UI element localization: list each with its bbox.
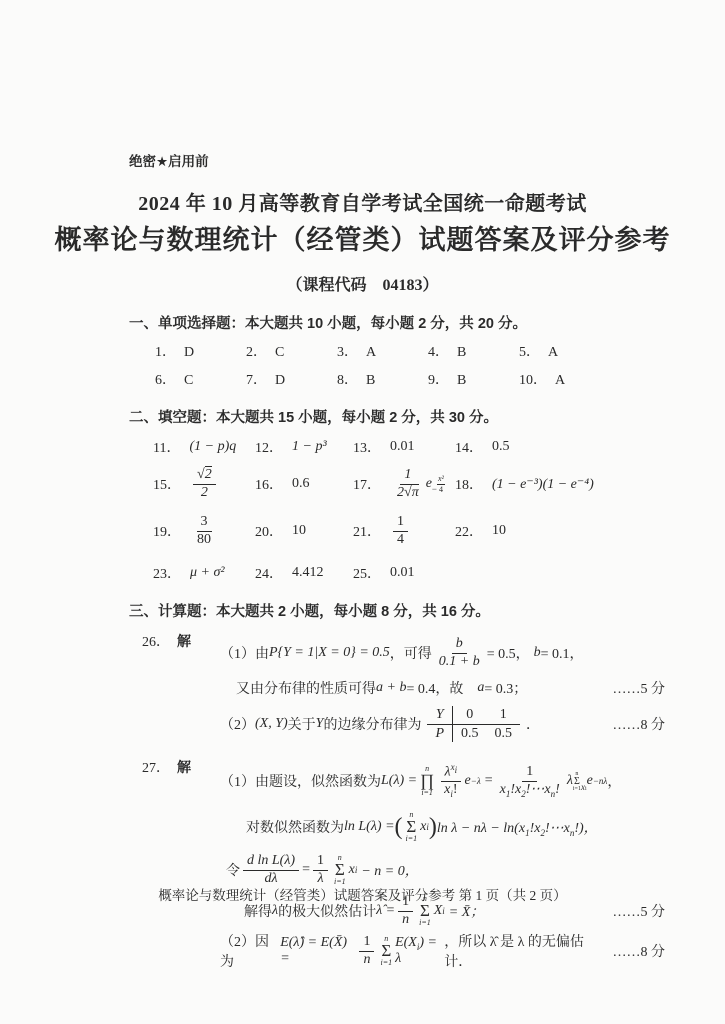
fill-answer-25: 25．0.01 [353,563,455,583]
mc-answer: 10．A [519,369,610,389]
fraction: λxixi! [440,763,461,799]
fill-row-2: 15．√22 16．0.6 17．12√πe−x²4 18．(1 − e⁻³)(… [129,462,665,506]
document-body: 一、单项选择题：本大题共 10 小题，每小题 2 分，共 20 分。 1．D 2… [129,312,665,971]
p27-line-5: （2）因为 E(λ̂) = E(X̄) = 1n nΣi=1 E(Xi) = λ… [220,931,665,971]
p26-line-3: （2）(X, Y) 关于 Y 的边缘分布律为 Y01 P0.50.5 ． ……8… [220,701,665,747]
fraction: b0.1 + b [435,636,484,671]
fill-answer-19: 19．380 [153,514,255,549]
fill-answer-23: 23．μ + σ² [153,563,255,583]
fill-row-1: 11．(1 − p)q 12．1 − p³ 13．0.01 14．0.5 [129,435,665,459]
section2-heading: 二、填空题：本大题共 15 小题，每小题 2 分，共 30 分。 [129,406,665,427]
mc-answer: 9．B [428,369,519,389]
fraction: 1n [359,934,374,969]
course-code: （课程代码 04183） [0,272,725,295]
fraction: 1λ [313,853,328,888]
section1-heading: 一、单项选择题：本大题共 10 小题，每小题 2 分，共 20 分。 [129,312,665,333]
paper-title: 概率论与数理统计（经管类）试题答案及评分参考 [0,218,725,257]
p26-line-2: 又由分布律的性质可得 a + b = 0.4，故 a = 0.3； ……5 分 [236,675,665,701]
fill-answer-12: 12．1 − p³ [255,437,353,457]
exam-title: 2024 年 10 月高等教育自学考试全国统一命题考试 [0,187,725,216]
fill-answer-13: 13．0.01 [353,437,455,457]
fill-answer-20: 20．10 [255,521,353,541]
sum-operator: nΣi=1 [406,811,418,843]
sum-exponent: nΣi=1xi [573,771,587,792]
mc-answer: 6．C [155,369,246,389]
marginal-distribution-table: Y01 P0.50.5 [427,706,520,742]
page-footer: 概率论与数理统计（经管类）试题答案及评分参考 第 1 页（共 2 页） [0,884,725,904]
fraction: 14 [393,514,408,549]
p27-line-1: （1）由题设，似然函数为 L(λ) = n∏i=1 λxixi! e−λ = 1… [220,757,665,805]
problem-26: 26．解 （1）由 P{Y = 1|X = 0} = 0.5，可得 b0.1 +… [129,631,665,747]
fill-row-4: 23．μ + σ² 24．4.412 25．0.01 [129,561,665,585]
mc-answer: 7．D [246,369,337,389]
p26-line-1: （1）由 P{Y = 1|X = 0} = 0.5，可得 b0.1 + b = … [220,631,665,675]
product-operator: n∏i=1 [420,765,434,797]
mc-answer: 5．A [519,341,610,361]
mc-answer: 2．C [246,341,337,361]
left-paren: ( [395,815,403,839]
mc-answer: 8．B [337,369,428,389]
score-mark: ……5 分 [605,901,666,921]
fill-answer-16: 16．0.6 [255,474,353,494]
fraction: 12√π [393,467,423,502]
fraction: √22 [193,467,216,502]
score-mark: ……5 分 [605,678,666,698]
fraction: 380 [193,514,215,549]
mc-answer: 1．D [155,341,246,361]
sum-operator: nΣi=1 [334,854,346,886]
fill-answer-22: 22．10 [455,521,665,541]
problem-27-label: 27．解 [129,757,220,971]
document-page: 绝密★启用前 2024 年 10 月高等教育自学考试全国统一命题考试 概率论与数… [0,0,725,1024]
fill-answer-15: 15．√22 [153,467,255,502]
mc-answers-row-2: 6．C 7．D 8．B 9．B 10．A [129,369,665,389]
score-mark: ……8 分 [605,714,666,734]
classification-label: 绝密★启用前 [129,150,209,170]
p27-line-2: 对数似然函数为 ln L(λ) = ( nΣi=1 xi ) ln λ − nλ… [246,805,665,849]
right-paren: ) [429,815,437,839]
fill-answer-18: 18．(1 − e⁻³)(1 − e⁻⁴) [455,474,665,494]
fraction: 1x1!x2!⋯xn! [496,764,564,799]
fill-answer-11: 11．(1 − p)q [153,437,255,457]
mc-answer: 4．B [428,341,519,361]
problem-26-label: 26．解 [129,631,220,747]
fill-row-3: 19．380 20．10 21．14 22．10 [129,509,665,553]
fraction: d ln L(λ)dλ [243,853,299,888]
problem-27: 27．解 （1）由题设，似然函数为 L(λ) = n∏i=1 λxixi! e−… [129,757,665,971]
exponent: −x²4 [432,474,445,493]
mc-answers-row-1: 1．D 2．C 3．A 4．B 5．A [129,341,665,361]
sum-operator: nΣi=1 [380,935,392,967]
fill-answer-17: 17．12√πe−x²4 [353,467,455,502]
section3-heading: 三、计算题：本大题共 2 小题，每小题 8 分，共 16 分。 [129,600,665,621]
mc-answer: 3．A [337,341,428,361]
fill-answer-24: 24．4.412 [255,563,353,583]
score-mark: ……8 分 [605,941,666,961]
fill-answer-21: 21．14 [353,514,455,549]
fill-answer-14: 14．0.5 [455,437,665,457]
